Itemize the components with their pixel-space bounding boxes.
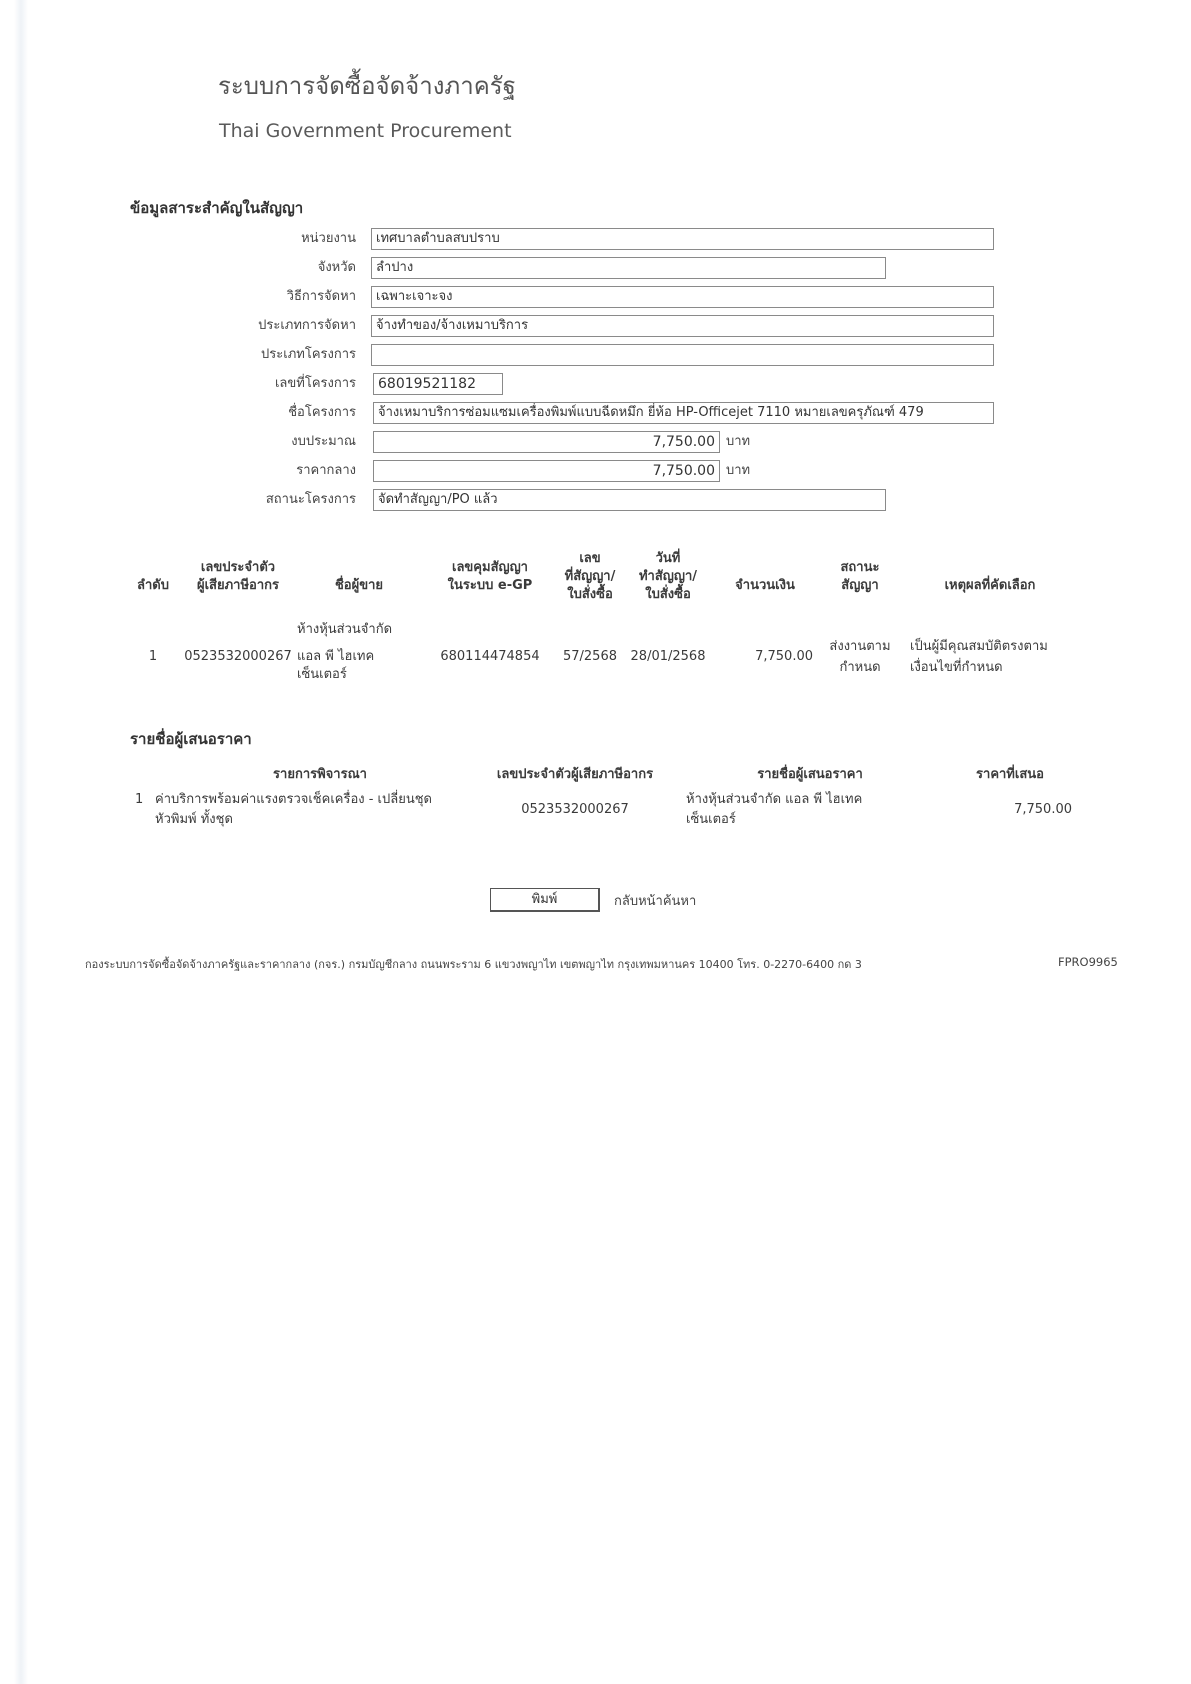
cell-line: ห้างหุ้นส่วนจำกัด <box>297 621 427 639</box>
budget-unit: บาท <box>726 431 750 453</box>
col-header-bidder: รายชื่อผู้เสนอราคา <box>690 766 930 784</box>
cell-tax-id: 0523532000267 <box>470 801 680 819</box>
cell-line: แอล พี ไฮเทค <box>297 648 427 666</box>
field-row-procurement-type: ประเภทการจัดหา <box>0 314 356 338</box>
col-header-bidder-tax-id: เลขประจำตัวผู้เสียภาษีอากร <box>470 766 680 784</box>
col-header-contract-no: เลข ที่สัญญา/ ใบสั่งซื้อ <box>555 550 625 604</box>
header-line: เลขประจำตัว <box>178 559 298 577</box>
field-label: สถานะโครงการ <box>106 488 356 512</box>
header-line: เลข <box>555 550 625 568</box>
col-header-vendor: ชื่อผู้ขาย <box>296 577 422 595</box>
cell-line: ส่งงานตาม <box>820 638 900 656</box>
field-row-median-price: ราคากลาง <box>0 459 356 483</box>
field-row-project-type: ประเภทโครงการ <box>0 343 356 367</box>
system-title-thai: ระบบการจัดซื้อจัดจ้างภาครัฐ <box>218 66 516 105</box>
cell-item: ค่าบริการพร้อมค่าแรงตรวจเช็คเครื่อง - เป… <box>155 791 485 829</box>
field-label: ชื่อโครงการ <box>106 401 356 425</box>
header-line: วันที่ <box>625 550 711 568</box>
footer-form-code: FPRO9965 <box>1058 955 1118 969</box>
print-button[interactable]: พิมพ์ <box>490 888 600 912</box>
cell-egp-no: 680114474854 <box>425 648 555 666</box>
field-row-project-number: เลขที่โครงการ <box>0 372 356 396</box>
header-line: ที่สัญญา/ <box>555 568 625 586</box>
cell-line: ค่าบริการพร้อมค่าแรงตรวจเช็คเครื่อง - เป… <box>155 791 485 809</box>
field-label: ประเภทโครงการ <box>106 343 356 367</box>
cell-contract-date: 28/01/2568 <box>625 648 711 666</box>
cell-tax-id: 0523532000267 <box>178 648 298 666</box>
province-field: ลำปาง <box>371 257 886 279</box>
cell-line: หัวพิมพ์ ทั้งชุด <box>155 811 485 829</box>
median-price-unit: บาท <box>726 460 750 482</box>
field-row-province: จังหวัด <box>0 256 356 280</box>
cell-line: เซ็นเตอร์ <box>686 811 926 829</box>
header-line: ใบสั่งซื้อ <box>625 586 711 604</box>
field-label: ประเภทการจัดหา <box>106 314 356 338</box>
cell-bidder: ห้างหุ้นส่วนจำกัด แอล พี ไฮเทค เซ็นเตอร์ <box>686 791 926 829</box>
col-header-status: สถานะ สัญญา <box>820 559 900 595</box>
back-to-search-link[interactable]: กลับหน้าค้นหา <box>614 890 696 911</box>
cell-status: ส่งงานตาม กำหนด <box>820 638 900 677</box>
header-line: สถานะ <box>820 559 900 577</box>
header-line: ในระบบ e-GP <box>425 577 555 595</box>
col-header-reason: เหตุผลที่คัดเลือก <box>905 577 1075 595</box>
cell-contract-no: 57/2568 <box>555 648 625 666</box>
scan-edge-artifact <box>14 0 28 1684</box>
cell-amount: 7,750.00 <box>715 648 813 666</box>
header-line: ทำสัญญา/ <box>625 568 711 586</box>
field-label: หน่วยงาน <box>106 227 356 251</box>
field-label: วิธีการจัดหา <box>106 285 356 309</box>
contract-info-heading: ข้อมูลสาระสำคัญในสัญญา <box>130 196 303 220</box>
col-header-price: ราคาที่เสนอ <box>940 766 1080 784</box>
col-header-item: รายการพิจารณา <box>170 766 470 784</box>
field-label: งบประมาณ <box>106 430 356 454</box>
field-row-project-status: สถานะโครงการ <box>0 488 356 512</box>
field-label: ราคากลาง <box>106 459 356 483</box>
median-price-field: 7,750.00 <box>373 460 720 482</box>
col-header-egp-no: เลขคุมสัญญา ในระบบ e-GP <box>425 559 555 595</box>
field-label: เลขที่โครงการ <box>106 372 356 396</box>
header-line: สัญญา <box>820 577 900 595</box>
field-row-project-name: ชื่อโครงการ <box>0 401 356 425</box>
cell-line: กำหนด <box>820 659 900 677</box>
field-label: จังหวัด <box>106 256 356 280</box>
header-line: เลขคุมสัญญา <box>425 559 555 577</box>
field-row-method: วิธีการจัดหา <box>0 285 356 309</box>
bidders-heading: รายชื่อผู้เสนอราคา <box>130 727 252 751</box>
header-line: ใบสั่งซื้อ <box>555 586 625 604</box>
cell-vendor: ห้างหุ้นส่วนจำกัด แอล พี ไฮเทค เซ็นเตอร์ <box>297 621 427 684</box>
agency-field: เทศบาลตำบลสบปราบ <box>371 228 994 250</box>
system-title-english: Thai Government Procurement <box>219 120 512 142</box>
project-status-field: จัดทำสัญญา/PO แล้ว <box>373 489 886 511</box>
header-line: ผู้เสียภาษีอากร <box>178 577 298 595</box>
procurement-type-field: จ้างทำของ/จ้างเหมาบริการ <box>371 315 994 337</box>
col-header-amount: จำนวนเงิน <box>715 577 815 595</box>
project-number-field: 68019521182 <box>373 373 503 395</box>
footer-address: กองระบบการจัดซื้อจัดจ้างภาครัฐและราคากลา… <box>85 955 862 973</box>
cell-no: 1 <box>135 791 155 809</box>
cell-line: เซ็นเตอร์ <box>297 666 427 684</box>
field-row-agency: หน่วยงาน <box>0 227 356 251</box>
project-name-field: จ้างเหมาบริการซ่อมแซมเครื่องพิมพ์แบบฉีดห… <box>373 402 994 424</box>
col-header-tax-id: เลขประจำตัว ผู้เสียภาษีอากร <box>178 559 298 595</box>
procurement-method-field: เฉพาะเจาะจง <box>371 286 994 308</box>
project-type-field <box>371 344 994 366</box>
field-row-budget: งบประมาณ <box>0 430 356 454</box>
col-header-no: ลำดับ <box>128 577 178 595</box>
cell-reason: เป็นผู้มีคุณสมบัติตรงตาม เงื่อนไขที่กำหน… <box>910 638 1090 677</box>
cell-line: เป็นผู้มีคุณสมบัติตรงตาม <box>910 638 1090 656</box>
cell-line: เงื่อนไขที่กำหนด <box>910 659 1090 677</box>
cell-price: 7,750.00 <box>940 801 1072 819</box>
col-header-contract-date: วันที่ ทำสัญญา/ ใบสั่งซื้อ <box>625 550 711 604</box>
cell-line: ห้างหุ้นส่วนจำกัด แอล พี ไฮเทค <box>686 791 926 809</box>
cell-no: 1 <box>128 648 178 666</box>
budget-field: 7,750.00 <box>373 431 720 453</box>
